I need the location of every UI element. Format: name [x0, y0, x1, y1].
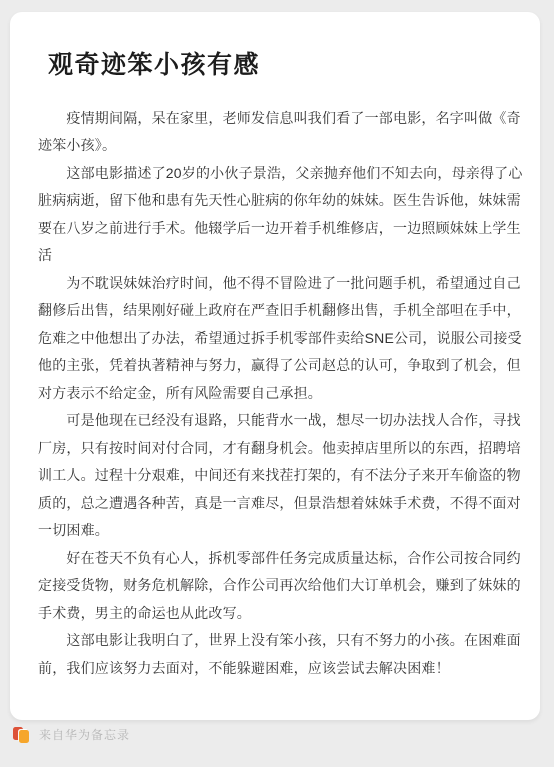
note-paragraph-1: 疫情期间隔，呆在家里，老师发信息叫我们看了一部电影，名字叫做《奇 迹笨小孩》。 — [38, 105, 520, 160]
note-paragraph-3: 为不耽误妹妹治疗时间，他不得不冒险进了一批问题手机，希望通过自己 翻修后出售，结… — [38, 270, 520, 408]
note-paragraph-5: 好在苍天不负有心人，拆机零部件任务完成质量达标，合作公司按合同约 定接受货物，财… — [38, 545, 520, 628]
watermark-footer: 来自华为备忘录 — [13, 726, 130, 743]
huawei-notes-icon — [13, 727, 30, 743]
note-title: 观奇迹笨小孩有感 — [48, 49, 520, 82]
notes-icon-front-page — [19, 730, 29, 743]
note-paragraph-6: 这部电影让我明白了，世界上没有笨小孩，只有不努力的小孩。在困难面 前，我们应该努… — [38, 627, 520, 682]
note-paragraph-4: 可是他现在已经没有退路，只能背水一战，想尽一切办法找人合作，寻找 厂房，只有按时… — [38, 407, 520, 545]
watermark-text: 来自华为备忘录 — [39, 726, 130, 743]
note-card: 观奇迹笨小孩有感 疫情期间隔，呆在家里，老师发信息叫我们看了一部电影，名字叫做《… — [10, 12, 540, 720]
note-body: 疫情期间隔，呆在家里，老师发信息叫我们看了一部电影，名字叫做《奇 迹笨小孩》。 … — [38, 105, 520, 683]
note-paragraph-2: 这部电影描述了20岁的小伙子景浩，父亲抛弃他们不知去向，母亲得了心 脏病病逝，留… — [38, 160, 520, 270]
